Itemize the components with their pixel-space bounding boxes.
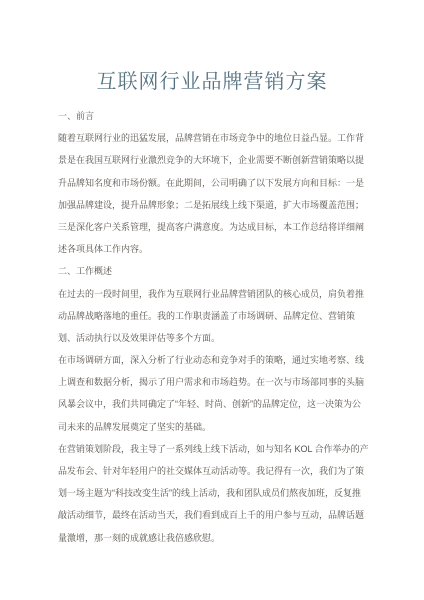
section-heading: 二、工作概述 <box>58 260 366 282</box>
text-line: 述各项具体工作内容。 <box>58 238 366 260</box>
text-line: 风暴会议中，我们共同确定了“年轻、时尚、创新”的品牌定位，这一决策为公 <box>58 393 366 415</box>
document-page: 互联网行业品牌营销方案 一、前言随着互联网行业的迅猛发展，品牌营销在市场竞争中的… <box>0 0 424 600</box>
text-line: 敲活动细节，最终在活动当天，我们看到成百上千的用户参与互动，品牌话题 <box>58 504 366 526</box>
document-title: 互联网行业品牌营销方案 <box>0 0 424 96</box>
section-heading: 一、前言 <box>58 105 366 127</box>
text-line: 品发布会、针对年轻用户的社交媒体互动活动等。我记得有一次，我们为了策 <box>58 460 366 482</box>
text-line: 三是深化客户关系管理，提高客户满意度。为达成目标，本工作总结将详细阐 <box>58 216 366 238</box>
text-line: 在营销策划阶段，我主导了一系列线上线下活动，如与知名 KOL 合作举办的产 <box>58 438 366 460</box>
text-line: 升品牌知名度和市场份额。在此期间，公司明确了以下发展方向和目标：一是 <box>58 172 366 194</box>
text-line: 划、活动执行以及效果评估等多个方面。 <box>58 327 366 349</box>
text-line: 在市场调研方面，深入分析了行业动态和竞争对手的策略，通过实地考察、线 <box>58 349 366 371</box>
text-line: 上调查和数据分析，揭示了用户需求和市场趋势。在一次与市场部同事的头脑 <box>58 371 366 393</box>
text-line: 加强品牌建设，提升品牌形象；二是拓展线上线下渠道，扩大市场覆盖范围； <box>58 194 366 216</box>
text-line: 随着互联网行业的迅猛发展，品牌营销在市场竞争中的地位日益凸显。工作背 <box>58 127 366 149</box>
document-body: 一、前言随着互联网行业的迅猛发展，品牌营销在市场竞争中的地位日益凸显。工作背景是… <box>58 105 366 549</box>
text-line: 景是在我国互联网行业激烈竞争的大环境下，企业需要不断创新营销策略以提 <box>58 149 366 171</box>
text-line: 在过去的一段时间里，我作为互联网行业品牌营销团队的核心成员，肩负着推 <box>58 283 366 305</box>
text-line: 划一场主题为“科技改变生活”的线上活动，我和团队成员们熬夜加班，反复推 <box>58 482 366 504</box>
text-line: 动品牌战略落地的重任。我的工作职责涵盖了市场调研、品牌定位、营销策 <box>58 305 366 327</box>
text-line: 量激增，那一刻的成就感让我倍感欣慰。 <box>58 527 366 549</box>
text-line: 司未来的品牌发展奠定了坚实的基础。 <box>58 416 366 438</box>
